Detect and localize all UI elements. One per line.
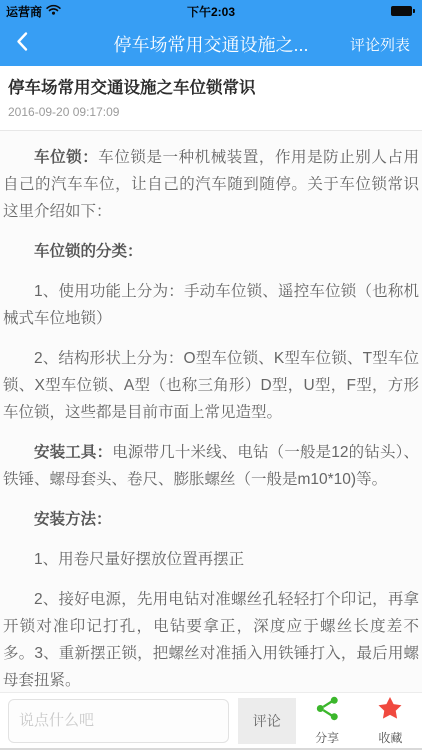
article-paragraph: 2、结构形状上分为：O型车位锁、K型车位锁、T型车位锁、X型车位锁、A型（也称三…	[3, 345, 419, 426]
bottom-action-bar: 评论 分享 收藏	[0, 692, 422, 750]
page-title: 停车场常用交通设施之...	[70, 31, 352, 57]
paragraph-lead: 安装方法：	[34, 511, 112, 528]
article-paragraph: 车位锁：车位锁是一种机械装置，作用是防止别人占用自己的汽车车位，让自己的汽车随到…	[3, 144, 419, 225]
battery-icon	[391, 6, 412, 16]
share-icon	[314, 695, 341, 727]
status-bar: 运营商 下午2:03	[0, 0, 422, 22]
favorite-label: 收藏	[378, 729, 402, 746]
article-date: 2016-09-20 09:17:09	[8, 105, 414, 119]
paragraph-text: 2、结构形状上分为：O型车位锁、K型车位锁、T型车位锁、X型车位锁、A型（也称三…	[3, 350, 419, 421]
paragraph-lead: 安装工具：	[34, 444, 112, 461]
article-paragraph: 2、接好电源，先用电钻对准螺丝孔轻轻打个印记，再拿开锁对准印记打孔，电钻要拿正，…	[3, 586, 419, 694]
clock: 下午2:03	[0, 3, 422, 20]
article-paragraph: 安装方法：	[3, 506, 419, 533]
paragraph-text: 2、接好电源，先用电钻对准螺丝孔轻轻打个印记，再拿开锁对准印记打孔，电钻要拿正，…	[3, 591, 419, 689]
paragraph-text: 1、用卷尺量好摆放位置再摆正	[34, 551, 244, 568]
article-title: 停车场常用交通设施之车位锁常识	[8, 78, 414, 99]
app-screen: 运营商 下午2:03 停车场常用交通设施之... 评论列表	[0, 0, 422, 750]
paragraph-lead: 车位锁：	[34, 149, 98, 166]
paragraph-text: 1、使用功能上分为：手动车位锁、遥控车位锁（也称机械式车位地锁）	[3, 283, 419, 327]
comment-input[interactable]	[8, 699, 229, 743]
share-label: 分享	[315, 729, 339, 746]
paragraph-lead: 车位锁的分类：	[34, 243, 143, 260]
comment-submit-button[interactable]: 评论	[238, 698, 296, 744]
article-paragraph: 安装工具：电源带几十米线、电钻（一般是12的钻头）、铁锤、螺母套头、卷尺、膨胀螺…	[3, 439, 419, 493]
share-button[interactable]: 分享	[296, 695, 359, 746]
nav-bar: 停车场常用交通设施之... 评论列表	[0, 22, 422, 66]
article-view[interactable]: 停车场常用交通设施之车位锁常识 2016-09-20 09:17:09 车位锁：…	[0, 66, 422, 750]
article-paragraph: 1、使用功能上分为：手动车位锁、遥控车位锁（也称机械式车位地锁）	[3, 278, 419, 332]
back-icon	[16, 31, 28, 57]
article-paragraph: 1、用卷尺量好摆放位置再摆正	[3, 546, 419, 573]
favorite-button[interactable]: 收藏	[359, 695, 422, 746]
article-body: 车位锁：车位锁是一种机械装置，作用是防止别人占用自己的汽车车位，让自己的汽车随到…	[0, 144, 422, 734]
back-button[interactable]	[0, 22, 44, 66]
article-header: 停车场常用交通设施之车位锁常识 2016-09-20 09:17:09	[0, 66, 422, 131]
article-paragraph: 车位锁的分类：	[3, 238, 419, 265]
star-icon	[376, 695, 404, 727]
